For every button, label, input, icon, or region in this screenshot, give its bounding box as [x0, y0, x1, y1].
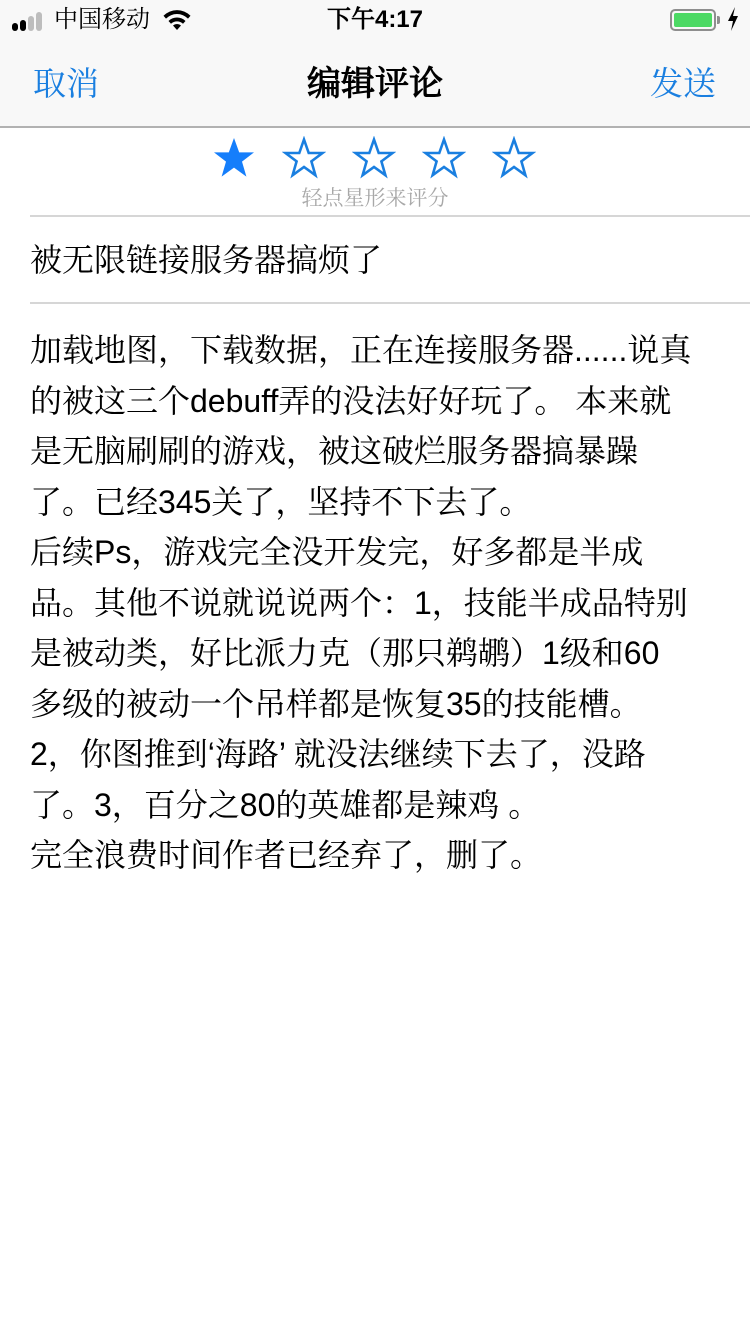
- review-body-line: 的被这三个debuff弄的没法好好玩了。 本来就: [30, 376, 740, 427]
- review-body-line: 了。3，百分之80的英雄都是辣鸡 。: [30, 780, 740, 831]
- separator: [30, 302, 750, 304]
- review-body-line: 是无脑刷刷的游戏，被这破烂服务器搞暴躁: [30, 426, 740, 477]
- star-rating: 轻点星形来评分: [0, 134, 750, 216]
- review-body-line: 多级的被动一个吊样都是恢复35的技能槽。: [30, 679, 740, 730]
- top-bar: 中国移动 下午4:17 取消 编辑评论 发送: [0, 0, 750, 128]
- review-body-line: 加载地图，下载数据，正在连接服务器......说真: [30, 325, 740, 376]
- review-body-line: 品。其他不说就说说两个：1，技能半成品特别: [30, 578, 740, 629]
- star-3-empty-icon[interactable]: [352, 136, 396, 180]
- status-bar: 中国移动 下午4:17: [0, 0, 750, 40]
- review-body-line: 后续Ps，游戏完全没开发完，好多都是半成: [30, 527, 740, 578]
- edit-review-screen: 中国移动 下午4:17 取消 编辑评论 发送: [0, 0, 750, 1334]
- star-1-filled-icon[interactable]: [212, 136, 256, 180]
- star-2-empty-icon[interactable]: [282, 136, 326, 180]
- star-4-empty-icon[interactable]: [422, 136, 466, 180]
- star-rating-control: [212, 136, 542, 182]
- review-body-line: 了。已经345关了，坚持不下去了。: [30, 477, 740, 528]
- navigation-bar: 取消 编辑评论 发送: [0, 40, 750, 128]
- review-body-textarea[interactable]: 加载地图，下载数据，正在连接服务器......说真 的被这三个debuff弄的没…: [30, 325, 740, 881]
- review-title-input[interactable]: 被无限链接服务器搞烦了: [30, 238, 730, 282]
- star-5-empty-icon[interactable]: [492, 136, 536, 180]
- review-body-line: 是被动类，好比派力克（那只鹈鹕）1级和60: [30, 628, 740, 679]
- battery-icon: [670, 9, 720, 31]
- review-body-line: 完全浪费时间作者已经弃了，删了。: [30, 830, 740, 881]
- send-button[interactable]: 发送: [650, 62, 716, 106]
- review-body-line: 2，你图推到‘海路’ 就没法继续下去了，没路: [30, 729, 740, 780]
- clock: 下午4:17: [0, 5, 750, 35]
- rating-hint: 轻点星形来评分: [0, 186, 750, 212]
- charging-bolt-icon: [726, 6, 740, 32]
- page-title: 编辑评论: [0, 62, 750, 106]
- separator: [30, 215, 750, 217]
